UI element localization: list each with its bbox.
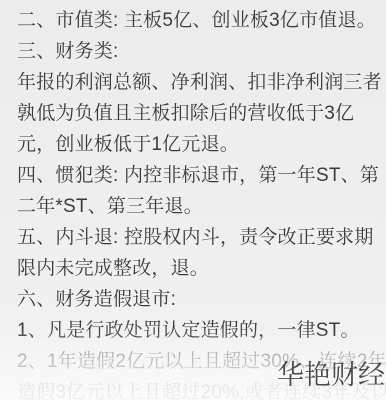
text-line: 1、凡是行政处罚认定造假的，一律ST。 <box>17 315 386 346</box>
text-line: 六、财务造假退市: <box>17 284 386 315</box>
article-text: 二、市值类: 主板5亿、创业板3亿市值退。 三、财务类: 年报的利润总额、净利润… <box>17 5 386 400</box>
text-line: 二、市值类: 主板5亿、创业板3亿市值退。 <box>17 5 386 36</box>
article-screenshot: 二、市值类: 主板5亿、创业板3亿市值退。 三、财务类: 年报的利润总额、净利润… <box>0 0 386 400</box>
text-line: 五、内斗退: 控股权内斗，责令改正要求期 <box>17 222 386 253</box>
text-line: 限内未完成整改，退。 <box>17 253 386 284</box>
watermark: 华艳财经 <box>277 361 385 390</box>
text-line: 孰低为负值且主板扣除后的营收低于3亿 <box>17 98 386 129</box>
text-line: 四、惯犯类: 内控非标退市，第一年ST、第 <box>17 160 386 191</box>
text-line: 三、财务类: <box>17 36 386 67</box>
text-line: 年报的利润总额、净利润、扣非净利润三者 <box>17 67 386 98</box>
text-line: 二年*ST、第三年退。 <box>17 191 386 222</box>
text-line: 元，创业板低于1亿元退。 <box>17 129 386 160</box>
